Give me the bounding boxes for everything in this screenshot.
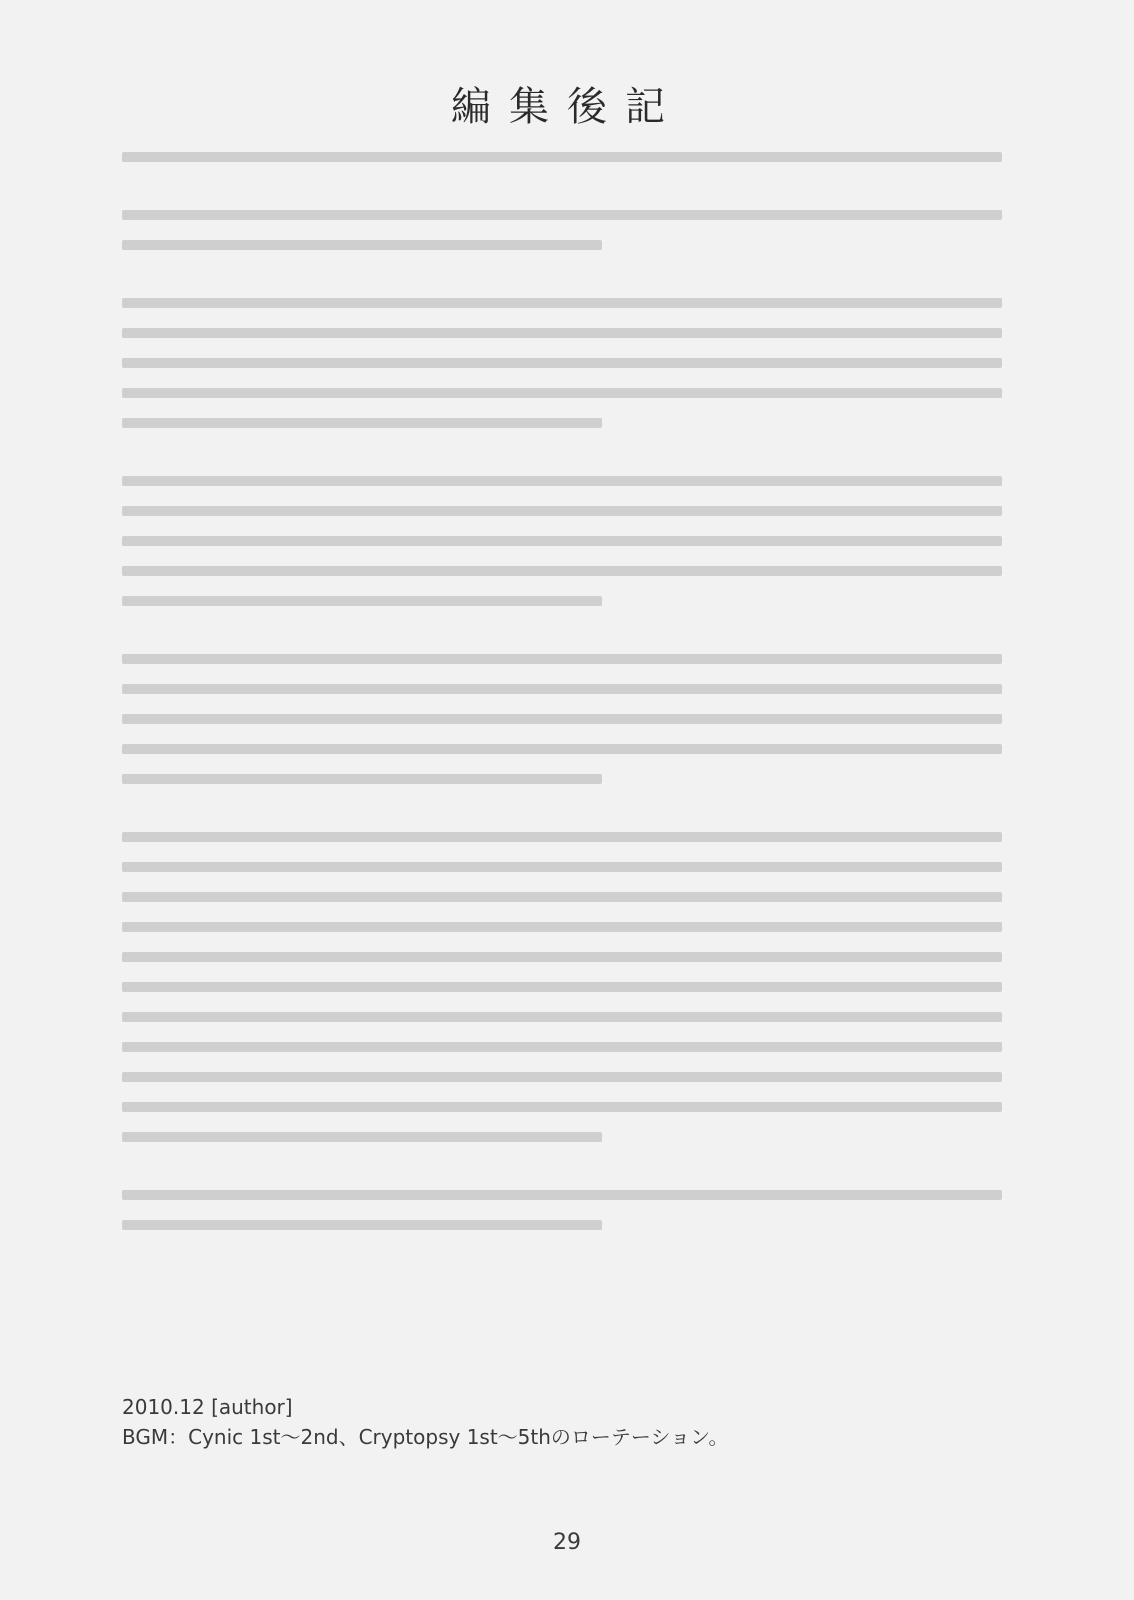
- paragraph: [122, 1178, 1022, 1238]
- signature-date-author: 2010.12 [author]: [122, 1392, 729, 1422]
- paragraph: [122, 464, 1022, 614]
- text-line-placeholder: [122, 1090, 1022, 1120]
- paragraph: [122, 286, 1022, 436]
- paragraph: [122, 820, 1022, 1150]
- text-line-placeholder: [122, 286, 1022, 316]
- text-line-placeholder: [122, 1030, 1022, 1060]
- text-line-placeholder: [122, 584, 1022, 614]
- paragraph: [122, 140, 1022, 170]
- text-line-placeholder: [122, 464, 1022, 494]
- signature-block: 2010.12 [author] BGM：Cynic 1st〜2nd、Crypt…: [122, 1392, 729, 1452]
- paragraph: [122, 198, 1022, 258]
- text-line-placeholder: [122, 850, 1022, 880]
- text-line-placeholder: [122, 1000, 1022, 1030]
- text-line-placeholder: [122, 940, 1022, 970]
- text-line-placeholder: [122, 642, 1022, 672]
- page-number: 29: [0, 1530, 1134, 1555]
- text-line-placeholder: [122, 672, 1022, 702]
- text-line-placeholder: [122, 732, 1022, 762]
- signature-bgm: BGM：Cynic 1st〜2nd、Cryptopsy 1st〜5thのローテー…: [122, 1422, 729, 1452]
- text-line-placeholder: [122, 880, 1022, 910]
- text-line-placeholder: [122, 346, 1022, 376]
- afterword-body: [122, 140, 1022, 1266]
- text-line-placeholder: [122, 970, 1022, 1000]
- text-line-placeholder: [122, 140, 1022, 170]
- text-line-placeholder: [122, 820, 1022, 850]
- paragraph: [122, 642, 1022, 792]
- text-line-placeholder: [122, 1120, 1022, 1150]
- text-line-placeholder: [122, 198, 1022, 228]
- text-line-placeholder: [122, 228, 1022, 258]
- text-line-placeholder: [122, 554, 1022, 584]
- text-line-placeholder: [122, 524, 1022, 554]
- text-line-placeholder: [122, 376, 1022, 406]
- text-line-placeholder: [122, 316, 1022, 346]
- page-title: 編集後記: [0, 75, 1134, 132]
- text-line-placeholder: [122, 1060, 1022, 1090]
- text-line-placeholder: [122, 702, 1022, 732]
- text-line-placeholder: [122, 1178, 1022, 1208]
- text-line-placeholder: [122, 910, 1022, 940]
- text-line-placeholder: [122, 762, 1022, 792]
- text-line-placeholder: [122, 1208, 1022, 1238]
- text-line-placeholder: [122, 406, 1022, 436]
- text-line-placeholder: [122, 494, 1022, 524]
